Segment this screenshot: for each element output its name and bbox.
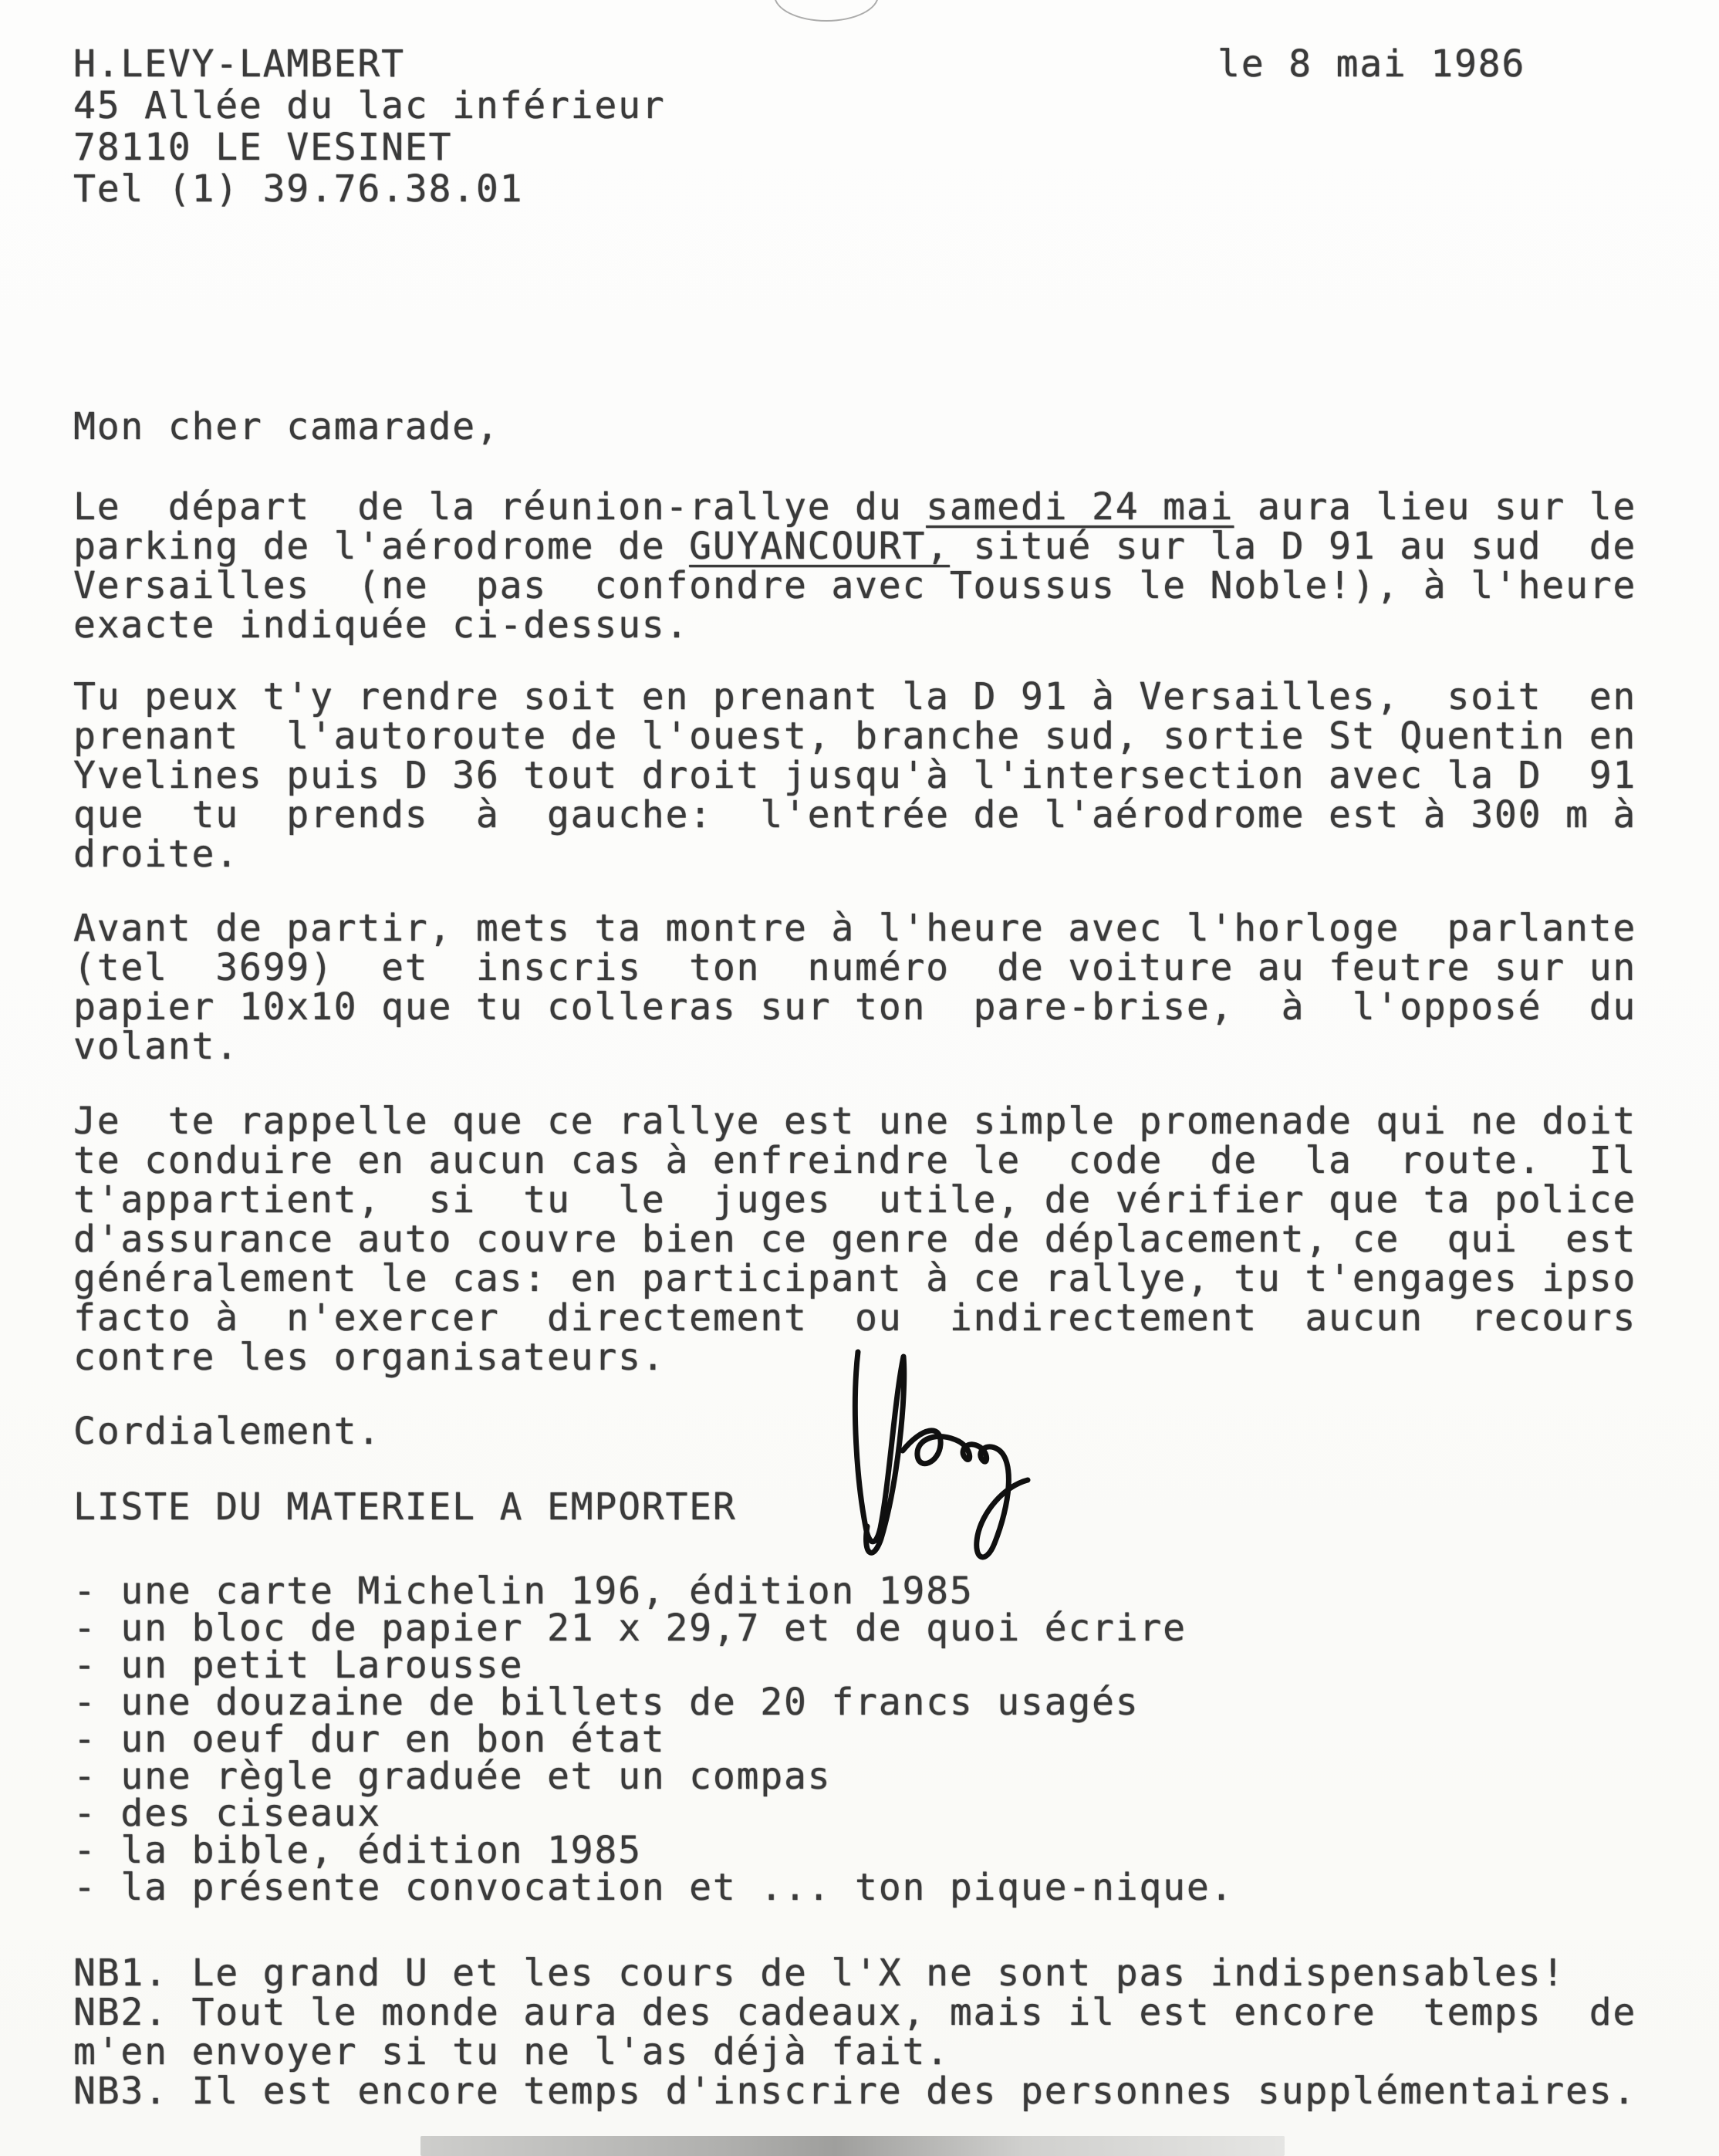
list-item: - un petit Larousse <box>73 1647 1663 1684</box>
list-item: - des ciseaux <box>73 1795 1663 1832</box>
list-item: - une douzaine de billets de 20 francs u… <box>73 1684 1663 1721</box>
sender-name: H.LEVY-LAMBERT <box>73 43 665 85</box>
list-item: - la bible, édition 1985 <box>73 1832 1663 1869</box>
scan-artifact <box>420 2136 1285 2156</box>
stamp-mark <box>774 0 879 22</box>
paragraph-3: Avant de partir, mets ta montre à l'heur… <box>73 909 1663 1066</box>
letter-date: le 8 mai 1986 <box>1217 43 1525 85</box>
paragraph-4: Je te rappelle que ce rallye est une sim… <box>73 1102 1663 1377</box>
underlined-date-samedi-24-mai: samedi 24 mai <box>926 485 1234 529</box>
paragraph-1-text: Le départ de la réunion-rallye du <box>73 485 926 529</box>
list-item: - la présente convocation et ... ton piq… <box>73 1869 1663 1906</box>
letter-page: H.LEVY-LAMBERT45 Allée du lac inférieur7… <box>0 0 1719 2156</box>
equipment-list: - une carte Michelin 196, édition 1985 -… <box>73 1573 1663 1906</box>
sender-address-line1: 45 Allée du lac inférieur <box>73 85 665 127</box>
signature <box>787 1341 1088 1573</box>
list-item: - un oeuf dur en bon état <box>73 1721 1663 1758</box>
list-item: - une règle graduée et un compas <box>73 1758 1663 1795</box>
list-item: - un bloc de papier 21 x 29,7 et de quoi… <box>73 1610 1663 1647</box>
note-nb2: NB2. Tout le monde aura des cadeaux, mai… <box>73 1993 1663 2072</box>
notes-block: NB1. Le grand U et les cours de l'X ne s… <box>73 1954 1663 2111</box>
paragraph-2: Tu peux t'y rendre soit en prenant la D … <box>73 678 1663 874</box>
note-nb3: NB3. Il est encore temps d'inscrire des … <box>73 2072 1663 2111</box>
salutation: Mon cher camarade, <box>73 407 1663 447</box>
letter-body: Mon cher camarade, Le départ de la réuni… <box>73 199 1663 2111</box>
sender-block: H.LEVY-LAMBERT45 Allée du lac inférieur7… <box>73 43 665 210</box>
list-item: - une carte Michelin 196, édition 1985 <box>73 1573 1663 1610</box>
note-nb1: NB1. Le grand U et les cours de l'X ne s… <box>73 1954 1663 1993</box>
paragraph-1: Le départ de la réunion-rallye du samedi… <box>73 488 1663 645</box>
underlined-place-guyancourt: GUYANCOURT, <box>689 525 950 568</box>
sender-address-line2: 78110 LE VESINET <box>73 127 665 168</box>
